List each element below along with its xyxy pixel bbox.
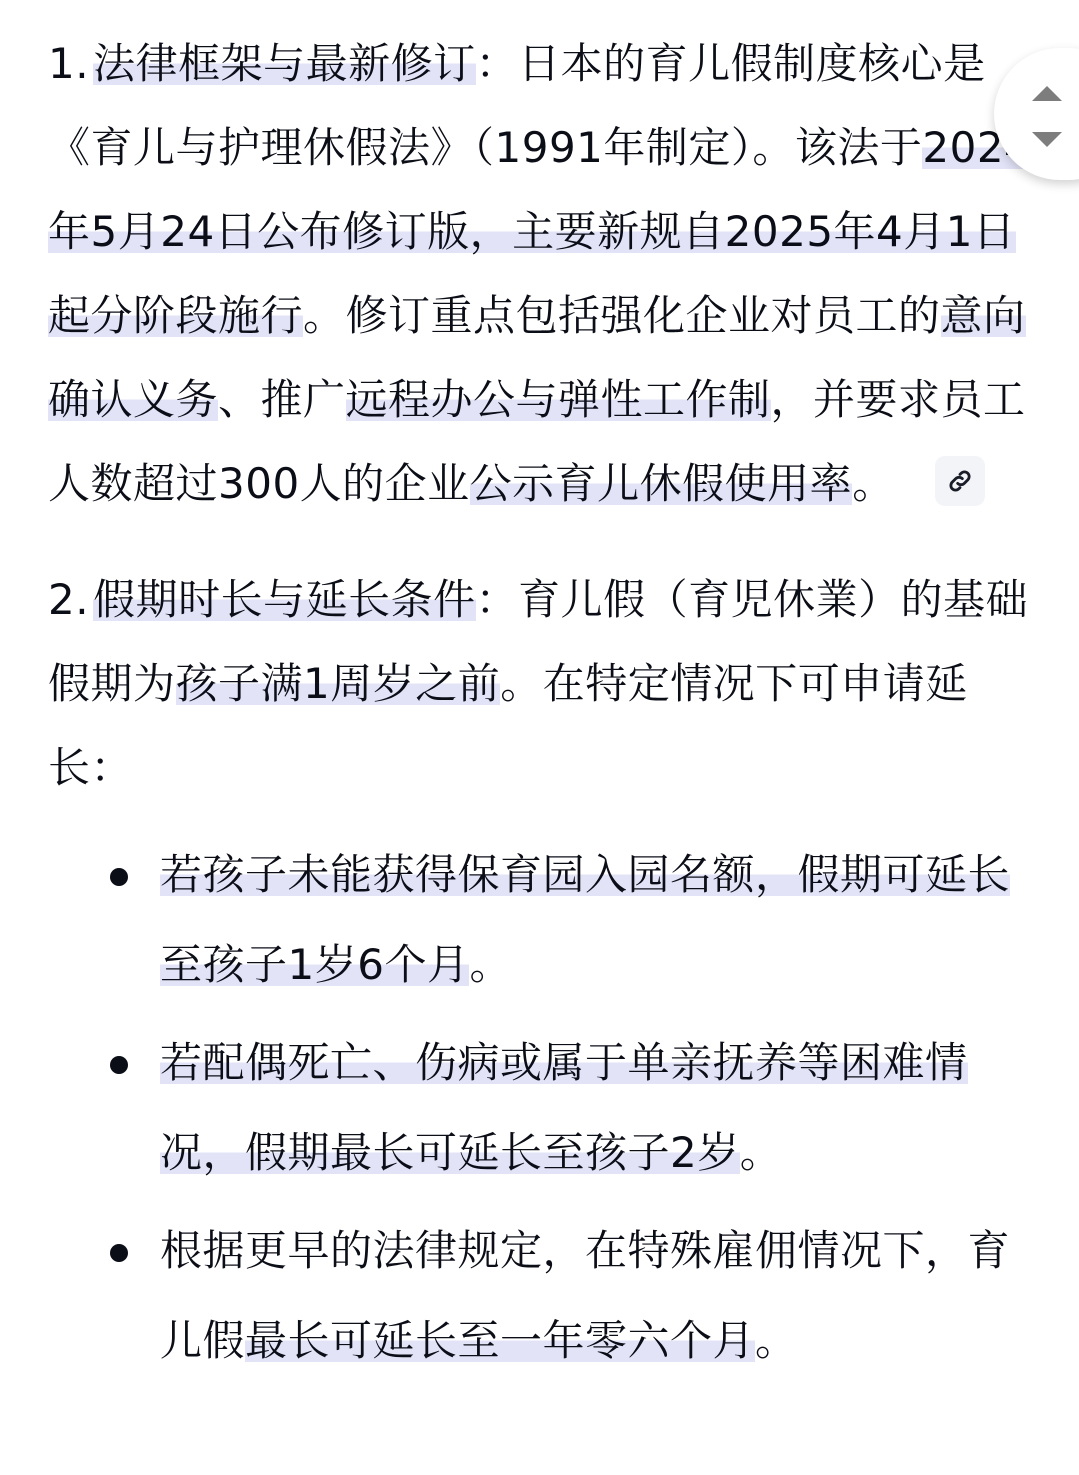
- bullet-icon: [110, 868, 128, 886]
- list-item: 根据更早的法律规定，在特殊雇佣情况下，育儿假最长可延长至一年零六个月。: [110, 1206, 1038, 1386]
- text-segment: 、推广: [218, 375, 346, 424]
- section-2-heading: 假期时长与延长条件: [93, 575, 476, 624]
- highlight-segment: 若配偶死亡、伤病或属于单亲抚养等困难情况，假期最长可延长至孩子2岁: [160, 1038, 968, 1177]
- text-segment: 。: [852, 459, 895, 508]
- highlight-segment: 公示育儿休假使用率: [470, 459, 853, 508]
- list-item: 若孩子未能获得保育园入园名额，假期可延长至孩子1岁6个月。: [110, 830, 1038, 1010]
- answer-content: 1.法律框架与最新修订：日本的育儿假制度核心是《育儿与护理休假法》（1991年制…: [48, 22, 1038, 1394]
- highlight-segment: 最长可延长至一年零六个月: [245, 1316, 755, 1365]
- section-1-number: 1.: [48, 39, 89, 88]
- section-2-number: 2.: [48, 575, 89, 624]
- bullet-icon: [110, 1244, 128, 1262]
- text-segment: 。修订重点包括强化企业对员工的: [303, 291, 941, 340]
- list-item: 若配偶死亡、伤病或属于单亲抚养等困难情况，假期最长可延长至孩子2岁。: [110, 1018, 1038, 1198]
- extension-conditions-list: 若孩子未能获得保育园入园名额，假期可延长至孩子1岁6个月。 若配偶死亡、伤病或属…: [48, 830, 1038, 1386]
- triangle-down-icon[interactable]: [1032, 132, 1062, 147]
- highlight-segment: 远程办公与弹性工作制: [346, 375, 771, 424]
- highlight-segment: 若孩子未能获得保育园入园名额，假期可延长至孩子1岁6个月: [160, 850, 1010, 989]
- text-segment: 。: [755, 1316, 798, 1365]
- link-icon: [946, 467, 974, 495]
- triangle-up-icon[interactable]: [1032, 86, 1062, 101]
- text-segment: 。: [469, 940, 512, 989]
- source-link-button[interactable]: [935, 456, 985, 506]
- section-1-paragraph: 1.法律框架与最新修订：日本的育儿假制度核心是《育儿与护理休假法》（1991年制…: [48, 22, 1038, 526]
- text-segment: 。: [740, 1128, 783, 1177]
- section-2-paragraph: 2.假期时长与延长条件：育儿假（育児休業）的基础假期为孩子满1周岁之前。在特定情…: [48, 558, 1038, 810]
- section-1-heading: 法律框架与最新修订: [93, 39, 476, 88]
- highlight-segment: 孩子满1周岁之前: [176, 659, 501, 708]
- bullet-icon: [110, 1056, 128, 1074]
